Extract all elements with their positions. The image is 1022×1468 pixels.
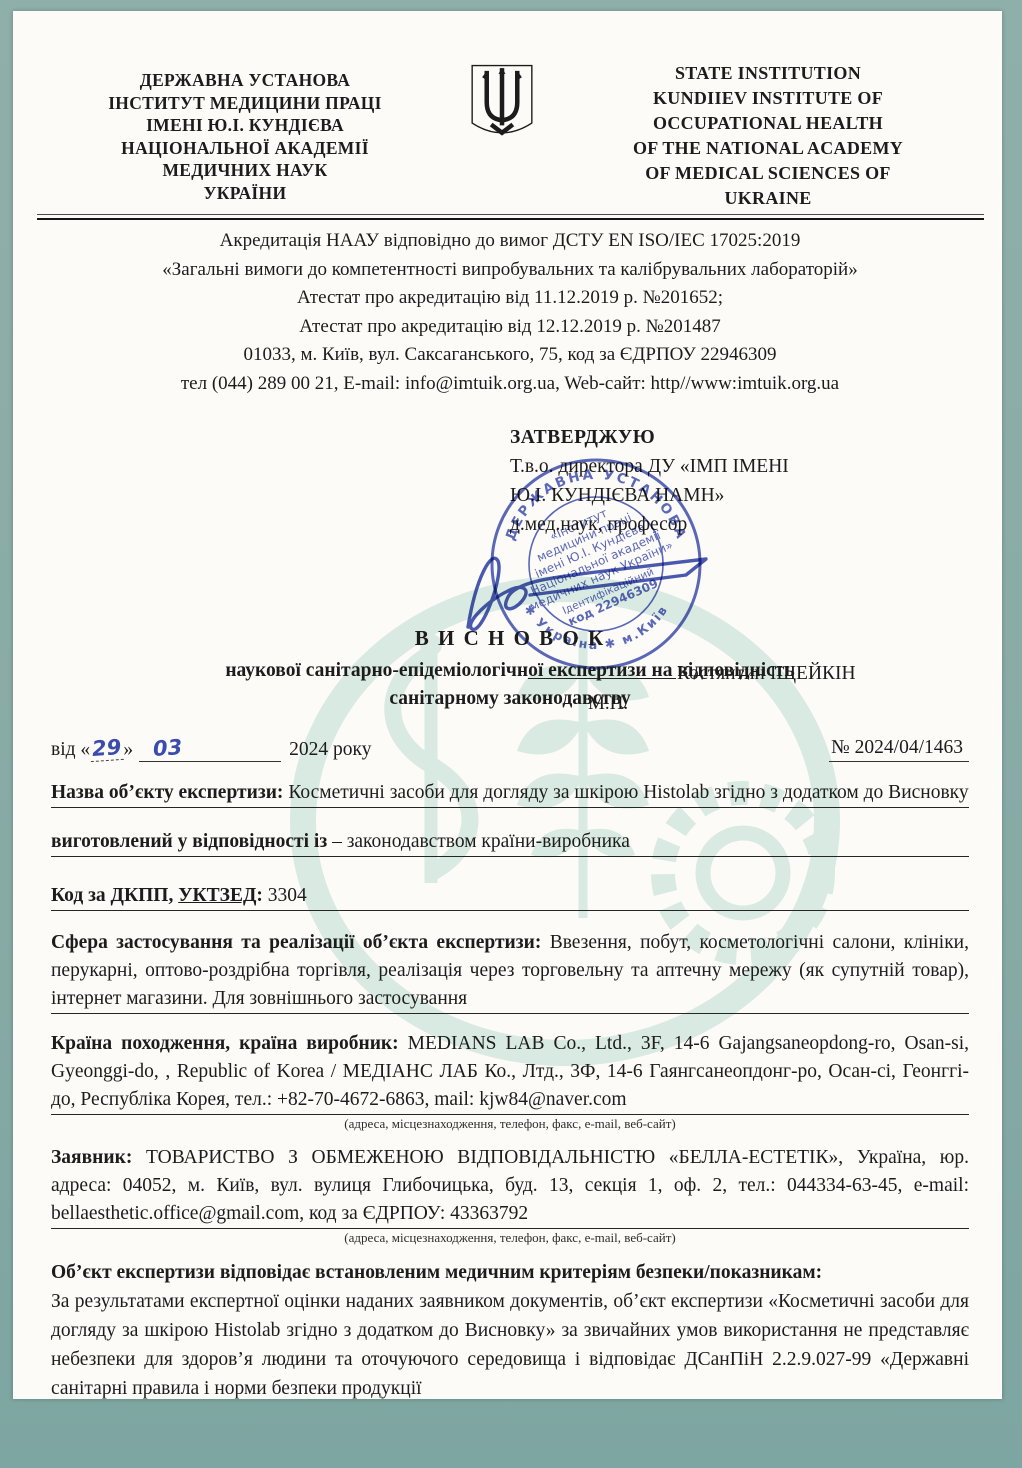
header-divider: [37, 214, 984, 220]
field-caption: (адреса, місцезнаходження, телефон, факс…: [51, 1116, 969, 1131]
field-label-colon: :: [256, 885, 263, 906]
field-value: 3304: [268, 885, 307, 906]
date-and-number-row: від «29»032024 року № 2024/04/1463: [51, 736, 969, 762]
institution-name-ukrainian: ДЕРЖАВНА УСТАНОВА ІНСТИТУТ МЕДИЦИНИ ПРАЦ…: [51, 55, 439, 204]
field-label: виготовлений у відповідності із: [51, 831, 327, 852]
header-line: UKRAINE: [564, 186, 972, 211]
handwritten-day: 29: [89, 735, 124, 762]
field-country-of-origin-group: Країна походження, країна виробник: MEDI…: [51, 1030, 969, 1131]
header-line: МЕДИЧНИХ НАУК: [51, 159, 439, 182]
accreditation-line: тел (044) 289 00 21, E-mail: info@imtuik…: [51, 370, 969, 399]
field-manufactured-according: виготовлений у відповідності із – законо…: [51, 828, 969, 857]
field-value: – законодавством країни-виробника: [332, 831, 630, 852]
letterhead: ДЕРЖАВНА УСТАНОВА ІНСТИТУТ МЕДИЦИНИ ПРАЦ…: [51, 55, 972, 211]
field-value: Косметичні засоби для догляду за шкірою …: [288, 782, 968, 803]
field-product-code: Код за ДКПП, УКТЗЕД: 3304: [51, 882, 969, 911]
accreditation-line: Атестат про акредитацію від 11.12.2019 р…: [51, 284, 969, 313]
header-line: ІНСТИТУТ МЕДИЦИНИ ПРАЦІ: [51, 92, 439, 115]
header-line: OF THE NATIONAL ACADEMY: [564, 136, 972, 161]
handwritten-month: 03: [152, 735, 183, 761]
accreditation-line: 01033, м. Київ, вул. Саксаганського, 75,…: [51, 341, 969, 370]
field-label: Код за ДКПП,: [51, 885, 173, 906]
date-prefix: від «: [51, 739, 90, 760]
field-value: ТОВАРИСТВО З ОБМЕЖЕНОЮ ВІДПОВІДАЛЬНІСТЮ …: [51, 1147, 969, 1224]
field-label: Країна походження, країна виробник:: [51, 1033, 399, 1054]
header-line: STATE INSTITUTION: [564, 61, 972, 86]
accreditation-line: Акредитація НААУ відповідно до вимог ДСТ…: [51, 227, 969, 256]
document-number: № 2024/04/1463: [829, 737, 969, 762]
document-subtitle: санітарному законодавству: [51, 685, 969, 713]
field-applicant-group: Заявник: ТОВАРИСТВО З ОБМЕЖЕНОЮ ВІДПОВІД…: [51, 1144, 969, 1245]
field-label: Назва об’єкту експертизи:: [51, 782, 283, 803]
header-line: НАЦІОНАЛЬНОЇ АКАДЕМІЇ: [51, 137, 439, 160]
document-sheet: ДЕРЖАВНА УСТАНОВА ІНСТИТУТ МЕДИЦИНИ ПРАЦ…: [13, 11, 1002, 1399]
form-fields: Назва об’єкту експертизи: Косметичні зас…: [51, 779, 969, 1403]
accreditation-block: Акредитація НААУ відповідно до вимог ДСТ…: [51, 227, 969, 399]
conclusion-body: За результатами експертної оцінки надани…: [51, 1291, 969, 1399]
header-line: УКРАЇНИ: [51, 182, 439, 205]
field-country-of-origin: Країна походження, країна виробник: MEDI…: [51, 1030, 969, 1115]
conclusion-section: Об’єкт експертизи відповідає встановлени…: [51, 1258, 969, 1403]
field-applicant: Заявник: ТОВАРИСТВО З ОБМЕЖЕНОЮ ВІДПОВІД…: [51, 1144, 969, 1229]
field-label: Сфера застосування та реалізації об’єкта…: [51, 932, 541, 953]
document-subtitle: наукової санітарно-епідеміологічної експ…: [51, 657, 969, 685]
month-blank-line: 03: [139, 736, 281, 762]
header-line: OF MEDICAL SCIENCES OF: [564, 161, 972, 186]
field-object-name: Назва об’єкту експертизи: Косметичні зас…: [51, 779, 969, 808]
document-title-block: В И С Н О В О К наукової санітарно-епіде…: [51, 626, 969, 713]
institution-name-english: STATE INSTITUTION KUNDIIEV INSTITUTE OF …: [564, 55, 972, 211]
header-line: OCCUPATIONAL HEALTH: [564, 111, 972, 136]
date-year: 2024 року: [289, 739, 371, 760]
field-application-scope: Сфера застосування та реалізації об’єкта…: [51, 929, 969, 1014]
field-label: Заявник:: [51, 1147, 132, 1168]
conclusion-heading: Об’єкт експертизи відповідає встановлени…: [51, 1258, 969, 1287]
header-line: ІМЕНІ Ю.І. КУНДІЄВА: [51, 114, 439, 137]
ukraine-trident-icon: [468, 49, 536, 175]
document-title: В И С Н О В О К: [51, 626, 969, 651]
header-line: ДЕРЖАВНА УСТАНОВА: [51, 69, 439, 92]
accreditation-line: Атестат про акредитацію від 12.12.2019 р…: [51, 313, 969, 342]
accreditation-line: «Загальні вимоги до компетентності випро…: [51, 256, 969, 285]
header-line: KUNDIIEV INSTITUTE OF: [564, 86, 972, 111]
date-close-quote: »: [123, 739, 133, 760]
field-label-underlined: УКТЗЕД: [178, 885, 256, 906]
scanned-document-page: { "header_left": { "lines": ["ДЕРЖАВНА У…: [0, 0, 1022, 1468]
field-caption: (адреса, місцезнаходження, телефон, факс…: [51, 1230, 969, 1245]
date-field: від «29»032024 року: [51, 736, 371, 762]
